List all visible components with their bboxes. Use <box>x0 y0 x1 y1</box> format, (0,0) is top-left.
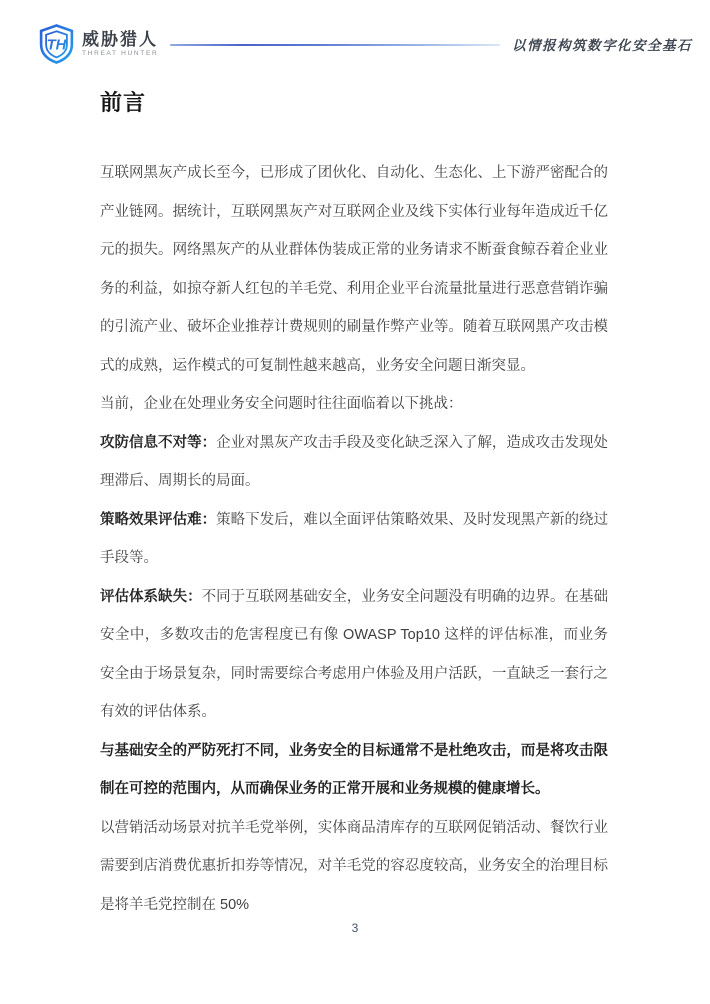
challenge-item: 评估体系缺失：不同于互联网基础安全，业务安全问题没有明确的边界。在基础安全中，多… <box>100 578 608 732</box>
brand-name-en: THREAT HUNTER <box>82 51 158 58</box>
emphasis-paragraph: 与基础安全的严防死打不同，业务安全的目标通常不是杜绝攻击，而是将攻击限制在可控的… <box>100 732 608 809</box>
page-number: 3 <box>352 921 359 935</box>
brand-name-cn: 威胁猎人 <box>82 31 158 48</box>
intro-paragraph: 互联网黑灰产成长至今，已形成了团伙化、自动化、生态化、上下游严密配合的产业链网。… <box>100 154 608 385</box>
page-header: TH 威胁猎人 THREAT HUNTER 以情报构筑数字化安全基石 <box>38 24 692 64</box>
header-tagline: 以情报构筑数字化安全基石 <box>512 34 692 54</box>
challenge-label: 攻防信息不对等： <box>100 435 216 451</box>
page-footer: 3 <box>0 921 710 935</box>
shield-logo-icon: TH <box>38 24 75 64</box>
challenge-item: 攻防信息不对等：企业对黑灰产攻击手段及变化缺乏深入了解，造成攻击发现处理滞后、周… <box>100 424 608 501</box>
section-title: 前言 <box>100 88 608 118</box>
example-paragraph: 以营销活动场景对抗羊毛党举例，实体商品清库存的互联网促销活动、餐饮行业需要到店消… <box>100 809 608 925</box>
svg-text:TH: TH <box>47 37 67 53</box>
header-divider-line <box>170 44 500 46</box>
challenge-label: 策略效果评估难： <box>100 512 216 528</box>
challenges-lead: 当前，企业在处理业务安全问题时往往面临着以下挑战： <box>100 385 608 424</box>
document-body: 前言 互联网黑灰产成长至今，已形成了团伙化、自动化、生态化、上下游严密配合的产业… <box>100 88 608 924</box>
brand-text: 威胁猎人 THREAT HUNTER <box>82 31 158 58</box>
brand-logo: TH 威胁猎人 THREAT HUNTER <box>38 24 158 64</box>
challenge-label: 评估体系缺失： <box>100 589 202 605</box>
challenge-item: 策略效果评估难：策略下发后，难以全面评估策略效果、及时发现黑产新的绕过手段等。 <box>100 501 608 578</box>
challenge-text: 不同于互联网基础安全，业务安全问题没有明确的边界。在基础安全中，多数攻击的危害程… <box>100 589 608 721</box>
